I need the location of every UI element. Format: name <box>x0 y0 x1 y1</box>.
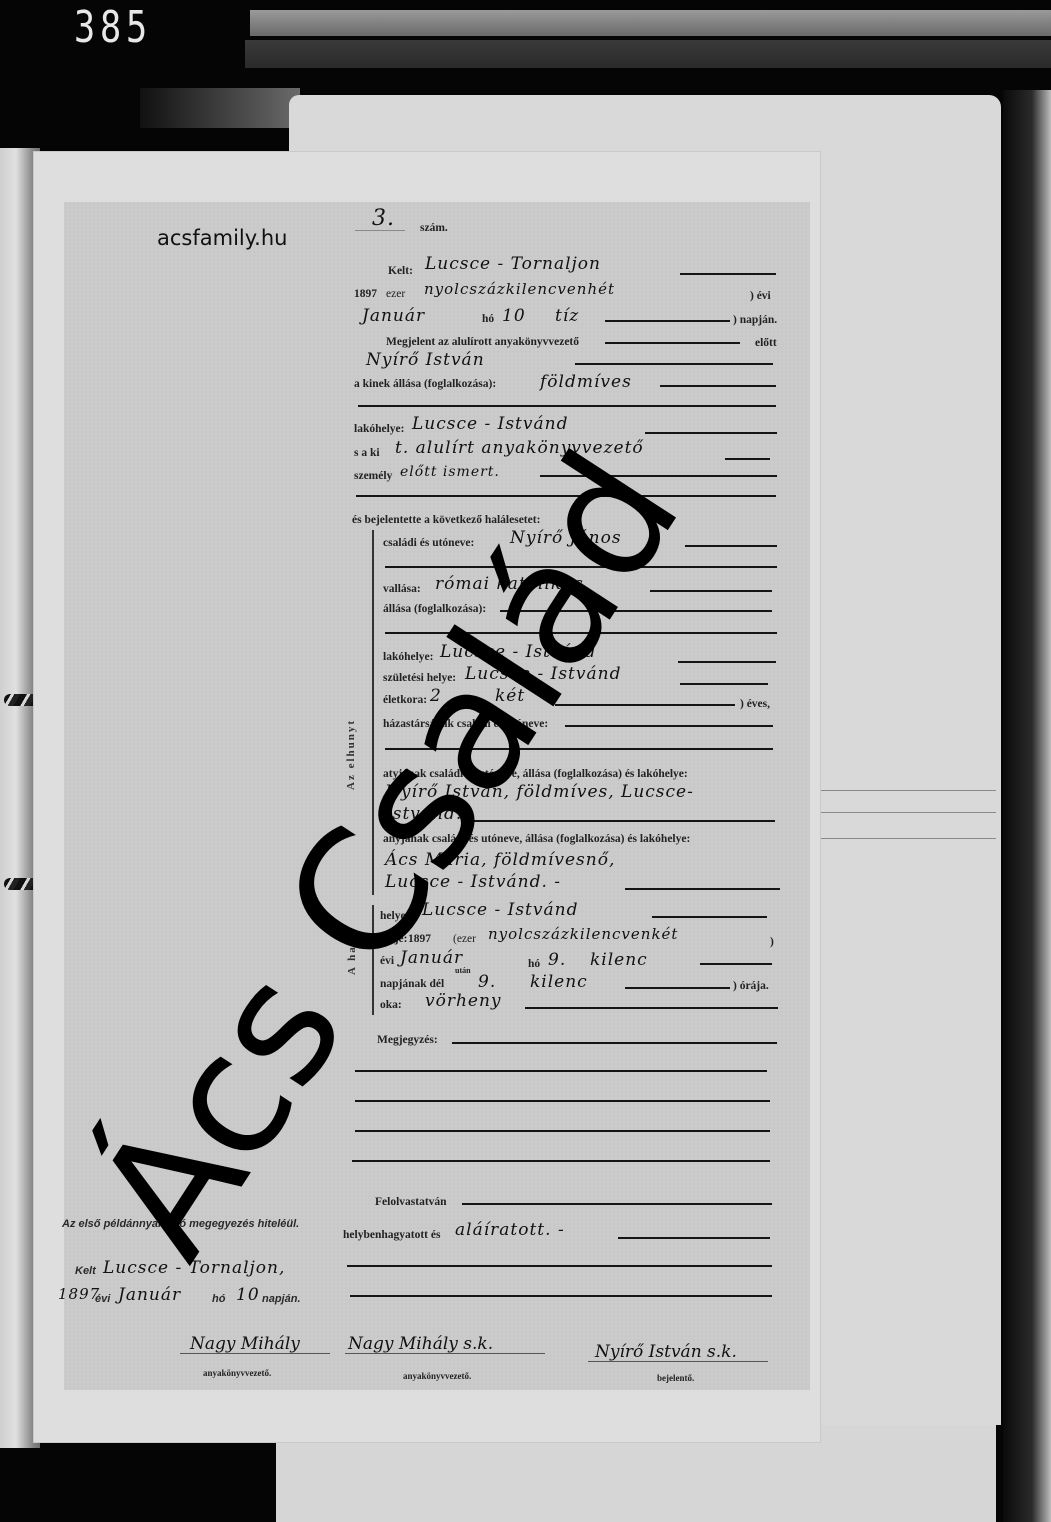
read-label: Felolvastatván <box>375 1196 447 1208</box>
fill-line <box>625 888 780 890</box>
deceased-name-label: családi és utóneve: <box>383 537 474 549</box>
fill-line <box>525 1007 778 1009</box>
approved-label: helybenhagyatott és <box>343 1229 440 1241</box>
fill-line <box>625 987 730 989</box>
fill-line <box>645 432 777 434</box>
fill-line <box>565 725 773 727</box>
sheet-line <box>818 790 996 791</box>
year-suffix: ) évi <box>750 290 771 302</box>
cert-napjan: napján. <box>262 1293 301 1305</box>
signature-line <box>180 1353 330 1354</box>
paren: ) <box>770 936 774 948</box>
fill-line <box>652 916 767 918</box>
signature-registrar-copy: Nagy Mihály <box>190 1334 300 1354</box>
fill-line <box>605 342 740 344</box>
fill-line <box>358 405 776 407</box>
day-label: hó <box>482 313 494 325</box>
year-words: nyolcszázkilencvenhét <box>424 280 615 298</box>
month-value: Január <box>362 306 425 326</box>
fill-line <box>660 385 776 387</box>
year-word-label: ezer <box>386 288 405 300</box>
remarks-line <box>355 1130 770 1132</box>
background-strip <box>245 40 1051 68</box>
kelt-value: Lucsce - Tornaljon <box>425 254 601 274</box>
signature-role: anyakönyvvezető. <box>203 1368 271 1378</box>
fill-line <box>680 683 768 685</box>
cert-kelt-label: Kelt <box>75 1265 96 1277</box>
kelt-label: Kelt: <box>388 265 413 277</box>
signature-declarant: Nyírő István s.k. <box>595 1342 737 1362</box>
fill-line <box>605 320 730 322</box>
day-value: 10 <box>502 306 526 326</box>
szemely-label: személy <box>354 470 392 482</box>
fill-line <box>680 273 776 275</box>
fill-line <box>618 1237 770 1239</box>
death-day-words: kilenc <box>590 950 648 970</box>
film-frame-number: 385 <box>74 2 152 53</box>
fill-line <box>700 963 772 965</box>
cert-day: 10 <box>236 1285 260 1305</box>
remarks-line <box>355 1070 767 1072</box>
right-edge-shadow <box>1003 90 1051 1522</box>
signature-line <box>345 1353 545 1354</box>
fill-line <box>575 363 773 365</box>
cert-month: Január <box>118 1285 181 1305</box>
approved-value: aláíratott. - <box>455 1220 565 1240</box>
saki-label: s a ki <box>354 447 380 459</box>
death-hour-value: 9. <box>478 972 496 992</box>
remarks-line <box>355 1100 770 1102</box>
occupation-label: a kinek állása (foglalkozása): <box>354 378 496 390</box>
death-year-word-label: (ezer <box>453 933 476 945</box>
death-hour-prefix: után <box>455 966 471 975</box>
watermark-url: acsfamily.hu <box>157 226 287 250</box>
death-hour-suffix: ) órája. <box>733 980 769 992</box>
signature-role: bejelentő. <box>657 1373 694 1383</box>
fill-line <box>350 1295 772 1297</box>
fill-line <box>462 1203 772 1205</box>
death-day-value: 9. <box>548 950 566 970</box>
underline <box>355 230 405 231</box>
signature-registrar: Nagy Mihály s.k. <box>348 1334 493 1354</box>
napjan-label: ) napján. <box>733 314 777 326</box>
cert-year: 1897 <box>58 1285 100 1303</box>
remarks-line <box>452 1042 777 1044</box>
remarks-line <box>352 1160 770 1162</box>
death-year-words: nyolcszázkilencvenkét <box>488 925 678 943</box>
record-number: 3. <box>372 206 395 231</box>
death-day-label: hó <box>528 958 540 970</box>
background-strip <box>250 10 1051 36</box>
age-suffix: ) éves, <box>740 698 770 710</box>
signature-line <box>588 1361 768 1362</box>
cert-evi: évi <box>95 1293 110 1305</box>
number-label: szám. <box>420 222 448 234</box>
cert-ho: hó <box>212 1293 225 1305</box>
sheet-line <box>818 838 996 839</box>
szemely-value: előtt ismert. <box>400 464 500 480</box>
fill-line <box>347 1265 772 1267</box>
elott-label: előtt <box>755 337 777 349</box>
background-strip <box>140 88 300 128</box>
day-words: tíz <box>555 306 579 326</box>
declarant-name: Nyírő István <box>366 350 485 370</box>
signature-role: anyakönyvvezető. <box>403 1371 471 1381</box>
fill-line <box>678 661 776 663</box>
residence-label: lakóhelye: <box>354 423 404 435</box>
appeared-label: Megjelent az alulírott anyakönyvvezető <box>386 336 579 348</box>
death-cause-value: vörheny <box>425 991 502 1011</box>
sheet-line <box>818 812 996 813</box>
occupation-value: földmíves <box>540 372 632 392</box>
fill-line <box>725 458 770 460</box>
death-hour-words: kilenc <box>530 972 588 992</box>
year-prefix: 1897 <box>354 288 377 300</box>
religion-label: vallása: <box>383 583 421 595</box>
